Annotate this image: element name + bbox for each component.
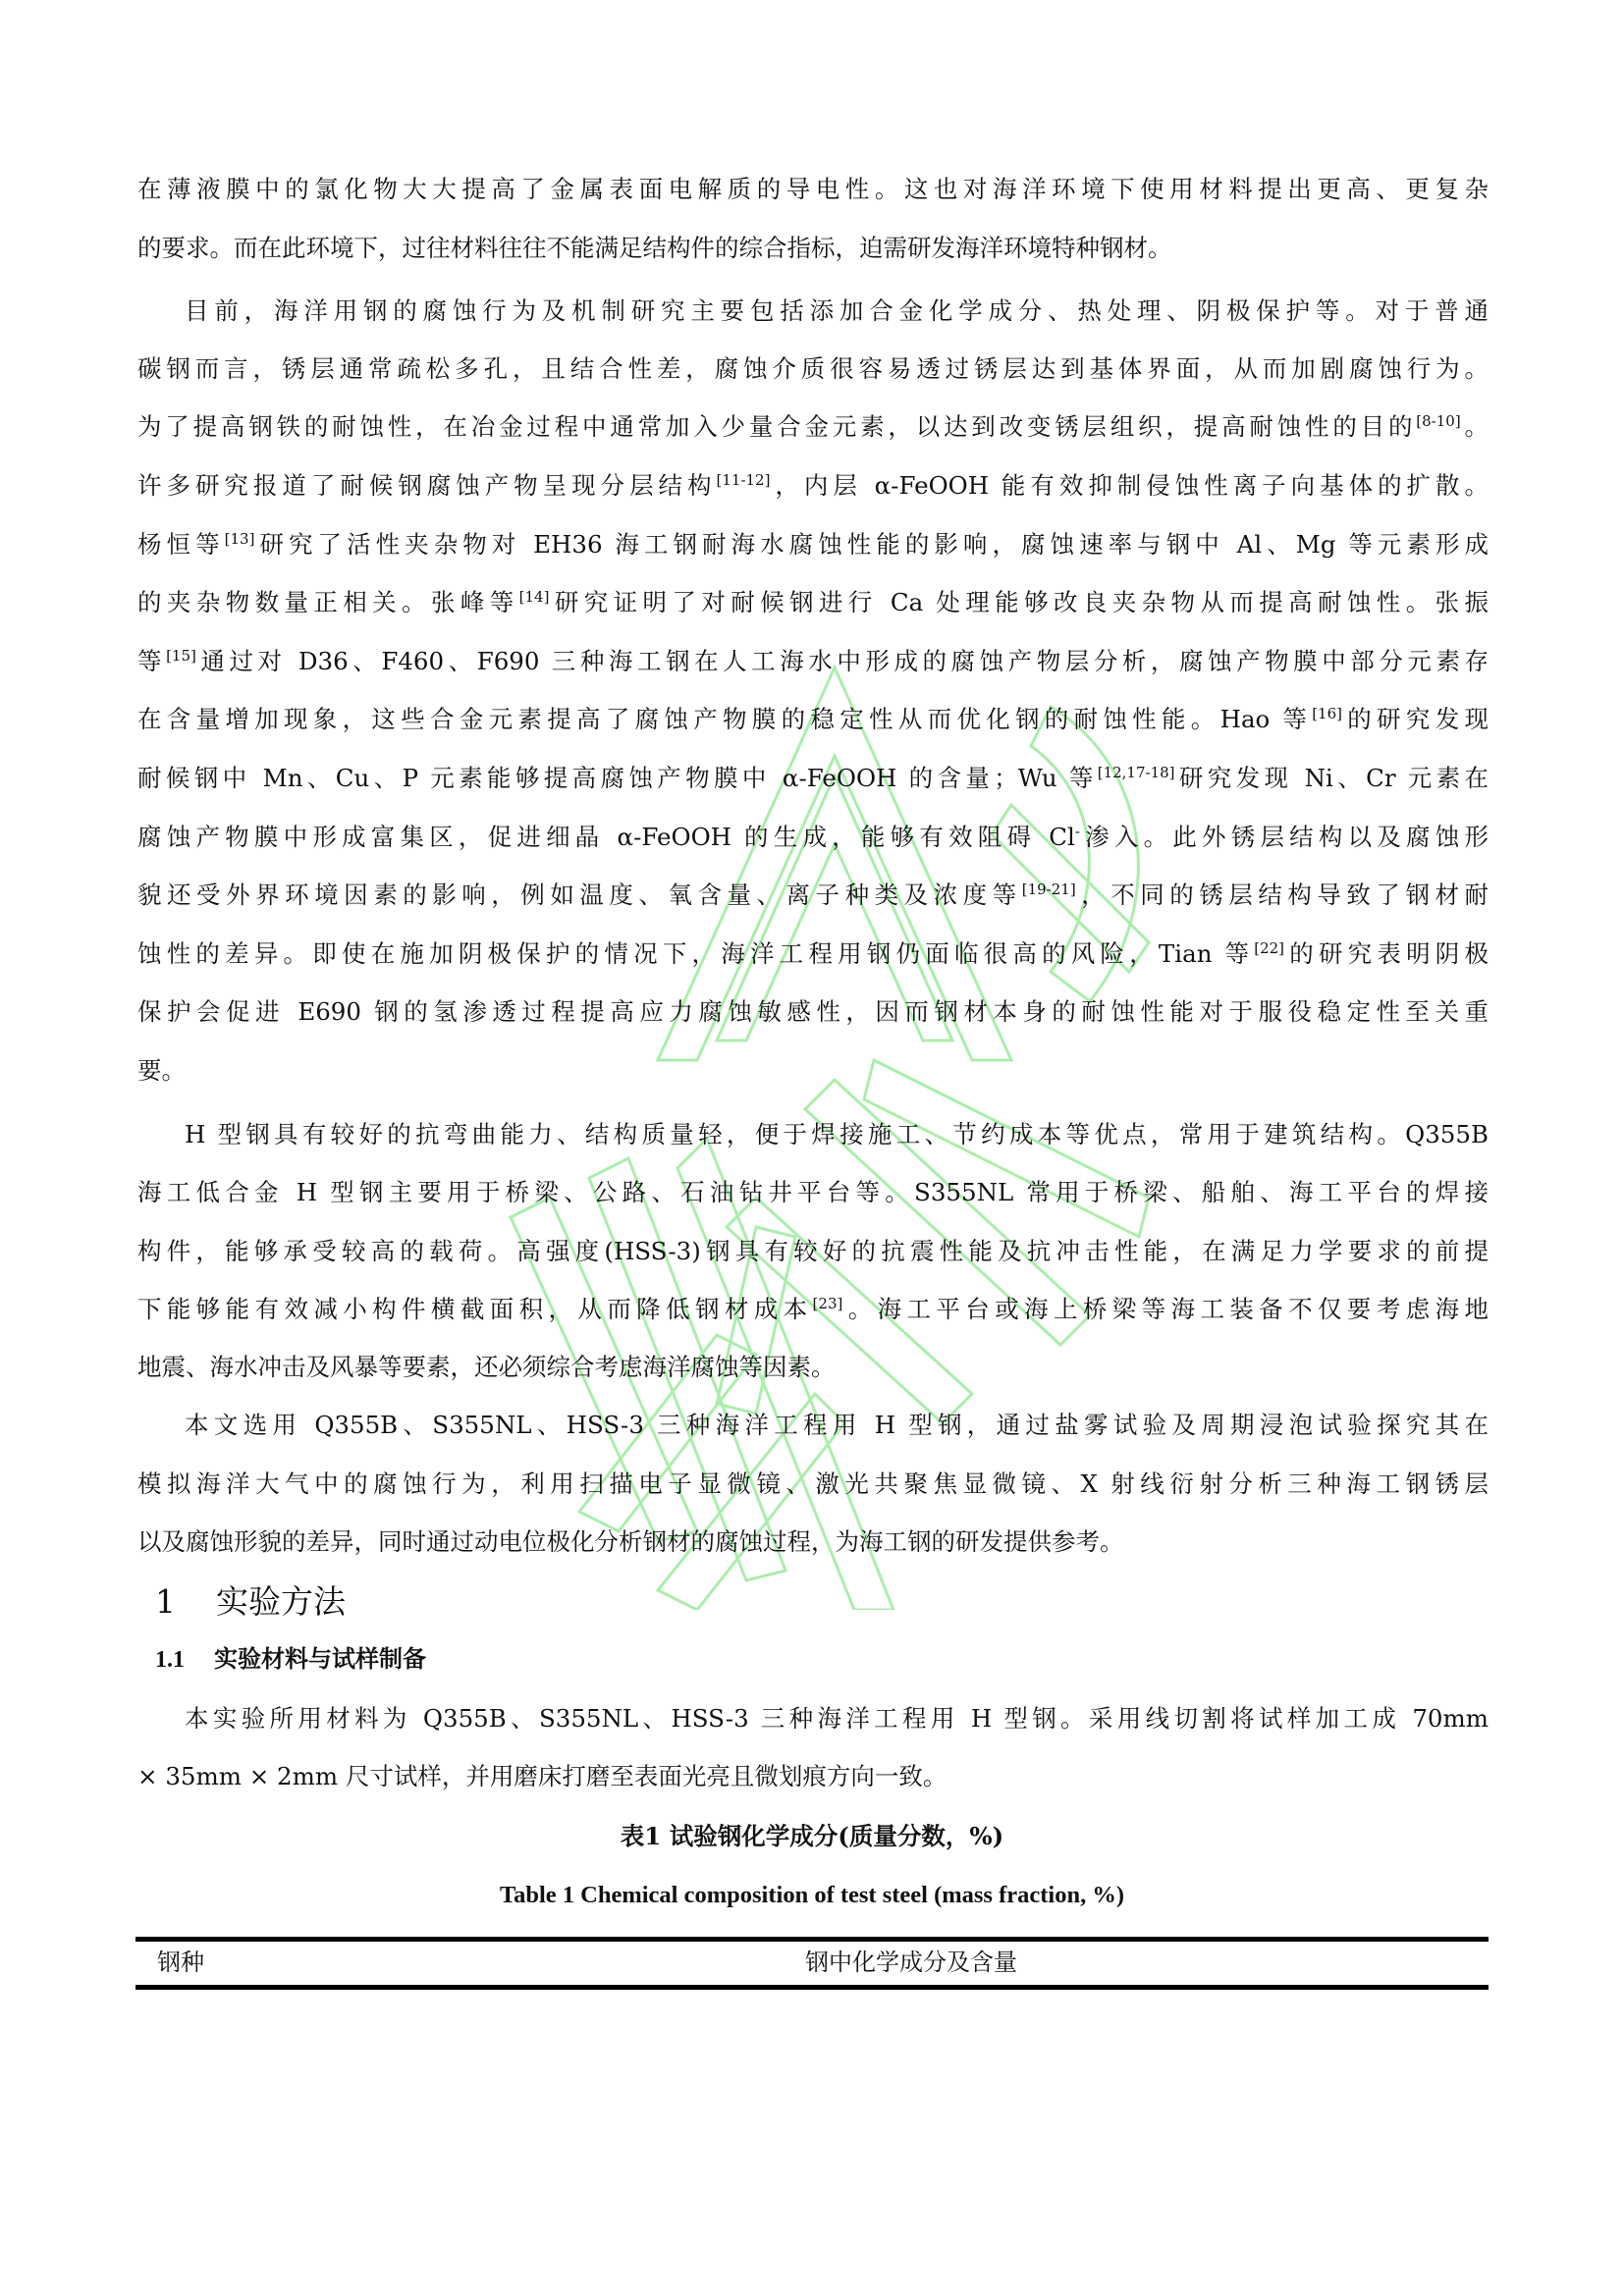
- document-page: 在薄液膜中的氯化物大大提高了金属表面电解质的导电性。这也对海洋环境下使用材料提出…: [0, 0, 1624, 2296]
- body-text-line: 腐蚀产物膜中形成富集区，促进细晶 α-FeOOH 的生成，能够有效阻碍 Cl-渗…: [137, 823, 1489, 852]
- body-text: 的夹杂物数量正相关。张峰等: [137, 588, 519, 616]
- body-text: 在含量增加现象，这些合金元素提高了腐蚀产物膜的稳定性从而优化钢的耐蚀性能。Hao…: [137, 705, 1312, 733]
- citation[interactable]: [15]: [166, 647, 196, 665]
- body-text-line: 杨恒等[13]研究了活性夹杂物对 EH36 海工钢耐海水腐蚀性能的影响，腐蚀速率…: [137, 530, 1489, 560]
- citation[interactable]: [12,17-18]: [1098, 764, 1175, 781]
- body-text-line: 以及腐蚀形貌的差异，同时通过动电位极化分析钢材的腐蚀过程，为海工钢的研发提供参考…: [137, 1527, 1489, 1557]
- section-heading: 1实验方法: [155, 1582, 346, 1622]
- body-text: 杨恒等: [137, 530, 225, 559]
- table-header-steel-grade: 钢种: [157, 1948, 204, 1977]
- body-text-line: 许多研究报道了耐候钢腐蚀产物呈现分层结构[11-12]，内层 α-FeOOH 能…: [137, 471, 1489, 501]
- body-text: 。海工平台或海上桥梁等海工装备不仅要考虑海地: [842, 1295, 1489, 1323]
- subsection-heading: 1.1实验材料与试样制备: [155, 1645, 426, 1675]
- body-text-line: 蚀性的差异。即使在施加阴极保护的情况下，海洋工程用钢仍面临很高的风险，Tian …: [137, 939, 1489, 969]
- body-text-line: 本文选用 Q355B、S355NL、HSS-3 三种海洋工程用 H 型钢，通过盐…: [185, 1411, 1489, 1440]
- body-text: 为了提高钢铁的耐蚀性，在冶金过程中通常加入少量合金元素，以达到改变锈层组织，提高…: [137, 412, 1416, 441]
- body-text: 许多研究报道了耐候钢腐蚀产物呈现分层结构: [137, 471, 717, 500]
- section-title: 实验方法: [216, 1582, 346, 1621]
- body-text-line: 本实验所用材料为 Q355B、S355NL、HSS-3 三种海洋工程用 H 型钢…: [185, 1704, 1489, 1734]
- body-text: 渗入。此外锈层结构以及腐蚀形: [1080, 823, 1489, 851]
- body-text-line: × 35mm × 2mm 尺寸试样，并用磨床打磨至表面光亮且微划痕方向一致。: [137, 1762, 1489, 1791]
- citation[interactable]: [11-12]: [717, 471, 771, 489]
- body-text-line: 构件，能够承受较高的载荷。高强度(HSS-3)钢具有较好的抗震性能及抗冲击性能，…: [137, 1237, 1489, 1266]
- body-text: 下能够能有效减小构件横截面积，从而降低钢材成本: [137, 1295, 813, 1323]
- body-text-line: 要。: [137, 1056, 1489, 1086]
- citation[interactable]: [8-10]: [1416, 412, 1460, 430]
- table-caption-cn: 表1 试验钢化学成分(质量分数，%): [0, 1822, 1624, 1851]
- citation[interactable]: [22]: [1254, 939, 1284, 957]
- body-text: ，内层 α-FeOOH 能有效抑制侵蚀性离子向基体的扩散。: [770, 471, 1489, 500]
- body-text-line: H 型钢具有较好的抗弯曲能力、结构质量轻，便于焊接施工、节约成本等优点，常用于建…: [185, 1120, 1489, 1149]
- citation[interactable]: [23]: [813, 1295, 843, 1312]
- body-text-line: 地震、海水冲击及风暴等要素，还必须综合考虑海洋腐蚀等因素。: [137, 1353, 1489, 1382]
- body-text: 研究证明了对耐候钢进行 Ca 处理能够改良夹杂物从而提高耐蚀性。张振: [549, 588, 1489, 616]
- body-text-line: 碳钢而言，锈层通常疏松多孔，且结合性差，腐蚀介质很容易透过锈层达到基体界面，从而…: [137, 354, 1489, 384]
- citation[interactable]: [14]: [519, 588, 550, 606]
- body-text: 的研究发现: [1342, 705, 1489, 733]
- body-text-line: 为了提高钢铁的耐蚀性，在冶金过程中通常加入少量合金元素，以达到改变锈层组织，提高…: [137, 412, 1489, 442]
- table-header-rule: [135, 1985, 1489, 1990]
- body-text: 腐蚀产物膜中形成富集区，促进细晶 α-FeOOH 的生成，能够有效阻碍 Cl: [137, 823, 1075, 851]
- subsection-title: 实验材料与试样制备: [214, 1647, 426, 1673]
- body-text: 。: [1461, 412, 1489, 441]
- body-text: 耐候钢中 Mn、Cu、P 元素能够提高腐蚀产物膜中 α-FeOOH 的含量；Wu…: [137, 764, 1098, 792]
- body-text: 蚀性的差异。即使在施加阴极保护的情况下，海洋工程用钢仍面临很高的风险，Tian …: [137, 939, 1254, 968]
- body-text: 研究发现 Ni、Cr 元素在: [1175, 764, 1489, 792]
- body-text: 的研究表明阴极: [1284, 939, 1489, 968]
- body-text-line: 在薄液膜中的氯化物大大提高了金属表面电解质的导电性。这也对海洋环境下使用材料提出…: [137, 175, 1489, 204]
- body-text: ，不同的锈层结构导致了钢材耐: [1076, 881, 1489, 909]
- body-text-line: 目前，海洋用钢的腐蚀行为及机制研究主要包括添加合金化学成分、热处理、阴极保护等。…: [185, 296, 1489, 326]
- body-text-line: 模拟海洋大气中的腐蚀行为，利用扫描电子显微镜、激光共聚焦显微镜、X 射线衍射分析…: [137, 1469, 1489, 1499]
- body-text-line: 的要求。而在此环境下，过往材料往往不能满足结构件的综合指标，迫需研发海洋环境特种…: [137, 234, 1489, 263]
- table-caption-en: Table 1 Chemical composition of test ste…: [0, 1881, 1624, 1910]
- table-top-rule: [135, 1937, 1489, 1942]
- body-text-line: 下能够能有效减小构件横截面积，从而降低钢材成本[23]。海工平台或海上桥梁等海工…: [137, 1295, 1489, 1324]
- table-header-composition: 钢中化学成分及含量: [805, 1948, 1017, 1977]
- body-text-line: 耐候钢中 Mn、Cu、P 元素能够提高腐蚀产物膜中 α-FeOOH 的含量；Wu…: [137, 764, 1489, 793]
- citation[interactable]: [13]: [225, 530, 255, 548]
- section-number: 1: [155, 1582, 216, 1622]
- body-text-line: 貌还受外界环境因素的影响，例如温度、氧含量、离子种类及浓度等[19-21]，不同…: [137, 881, 1489, 910]
- citation[interactable]: [19-21]: [1022, 881, 1076, 898]
- body-text-line: 保护会促进 E690 钢的氢渗透过程提高应力腐蚀敏感性，因而钢材本身的耐蚀性能对…: [137, 997, 1489, 1027]
- body-text: 貌还受外界环境因素的影响，例如温度、氧含量、离子种类及浓度等: [137, 881, 1022, 909]
- body-text-line: 海工低合金 H 型钢主要用于桥梁、公路、石油钻井平台等。S355NL 常用于桥梁…: [137, 1178, 1489, 1207]
- body-text: 通过对 D36、F460、F690 三种海工钢在人工海水中形成的腐蚀产物层分析，…: [196, 647, 1489, 675]
- body-text: 研究了活性夹杂物对 EH36 海工钢耐海水腐蚀性能的影响，腐蚀速率与钢中 Al、…: [254, 530, 1489, 559]
- body-text-line: 等[15]通过对 D36、F460、F690 三种海工钢在人工海水中形成的腐蚀产…: [137, 647, 1489, 676]
- subsection-number: 1.1: [155, 1645, 214, 1675]
- body-text: 等: [137, 647, 166, 675]
- body-text-line: 在含量增加现象，这些合金元素提高了腐蚀产物膜的稳定性从而优化钢的耐蚀性能。Hao…: [137, 705, 1489, 734]
- body-text-line: 的夹杂物数量正相关。张峰等[14]研究证明了对耐候钢进行 Ca 处理能够改良夹杂…: [137, 588, 1489, 617]
- citation[interactable]: [16]: [1312, 705, 1342, 722]
